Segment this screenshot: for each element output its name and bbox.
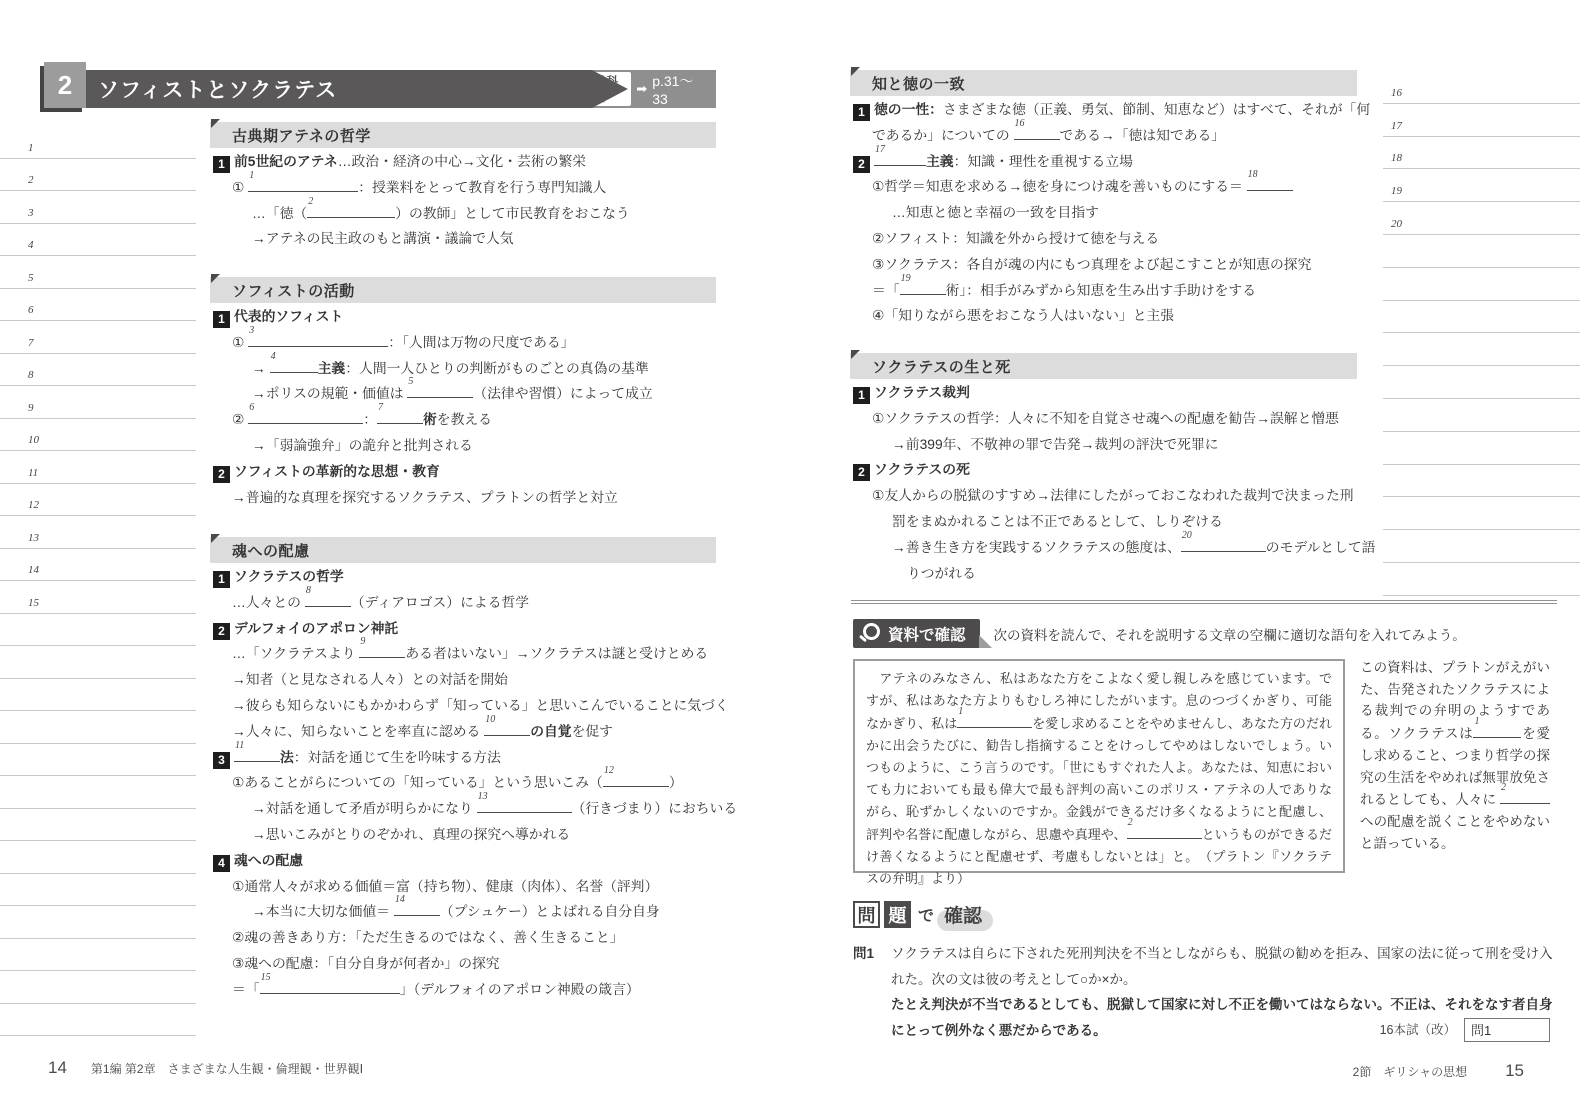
content-line: 1前5世紀のアテネ…政治・経済の中心→文化・芸術の繁栄: [210, 149, 716, 175]
answer-line: [1383, 235, 1580, 268]
question-line: れた。次の文は彼の考えとして○か×か。: [853, 967, 1550, 993]
block-marker: 3: [213, 752, 230, 769]
fill-in-blank-4: 4: [270, 357, 318, 373]
answer-line-number: 9: [28, 402, 34, 414]
answer-line: [1383, 301, 1580, 334]
content-line: 1ソクラテスの哲学: [210, 564, 716, 590]
content-line: →普遍的な真理を探究するソクラテス、プラトンの哲学と対立: [210, 485, 716, 511]
content-line: ③ソクラテス：各自が魂の内にもつ真理をよび起こすことが知恵の探究: [850, 252, 1357, 278]
lesson-number-badge: 2: [44, 62, 86, 108]
content-line: →「弱論強弁」の詭弁と批判される: [210, 433, 716, 459]
shiryo-badge: 資料で確認: [853, 619, 980, 648]
answer-line-number: 1: [28, 142, 34, 154]
section-title-bar: ソクラテスの生と死: [850, 353, 1357, 379]
answer-line-number: 5: [28, 272, 34, 284]
fill-in-blank-20: 20: [1181, 536, 1266, 552]
heading-connector: で: [918, 903, 934, 926]
lesson-title: ソフィストとソクラテス: [98, 74, 337, 104]
answer-line: [0, 614, 196, 647]
question-source: 16本試（改）: [1380, 1018, 1456, 1044]
section-sophist: ソフィストの活動1代表的ソフィスト① 3：「人間は万物の尺度である」→ 4主義：…: [210, 277, 716, 510]
answer-line: [1383, 366, 1580, 399]
answer-line: 18: [1383, 137, 1580, 170]
answer-box-label: 問1: [1471, 1018, 1491, 1044]
section-title-footer: 2節 ギリシャの思想: [1353, 1063, 1467, 1080]
textbook-label: 教科書: [592, 72, 631, 106]
content-line: 1ソクラテス裁判: [850, 380, 1357, 406]
answer-line: [0, 711, 196, 744]
answer-line: [0, 744, 196, 777]
answer-line: 5: [0, 256, 196, 289]
content-line: 1徳の一性：さまざまな徳（正義、勇気、節制、知恵など）はすべて、それが「何: [850, 97, 1357, 123]
answer-line: 13: [0, 516, 196, 549]
answer-line-number: 14: [28, 564, 39, 576]
chapter-title: 第1編 第2章 さまざまな人生観・倫理観・世界観Ⅰ: [91, 1060, 363, 1077]
answer-line: [0, 906, 196, 939]
fill-in-blank-6: 6: [248, 408, 363, 424]
content-line: ①友人からの脱獄のすすめ→法律にしたがっておこなわれた裁判で決まった刑: [850, 483, 1357, 509]
question-label: 問1: [853, 941, 874, 967]
content-line: ②ソフィスト：知識を外から授けて徳を与える: [850, 226, 1357, 252]
section-title: 古典期アテネの哲学: [232, 125, 371, 146]
content-line: ②魂の善きあり方：「ただ生きるのではなく、善く生きること」: [210, 925, 716, 951]
section-seitoshi: ソクラテスの生と死1ソクラテス裁判①ソクラテスの哲学：人々に不知を自覚させ魂への…: [850, 353, 1357, 586]
answer-line: 4: [0, 224, 196, 257]
answer-line: [0, 679, 196, 712]
source-quote-box: アテネのみなさん、私はあなた方をこよなく愛し親しみを感じています。ですが、私はあ…: [853, 659, 1345, 873]
fill-in-blank-19: 19: [900, 279, 946, 295]
answer-line: [0, 939, 196, 972]
fill-in-blank-2: 2: [1127, 823, 1202, 839]
answer-line-number: 6: [28, 304, 34, 316]
content-line: →人々に、知らないことを率直に認める 10の自覚を促す: [210, 719, 716, 745]
answer-line: 11: [0, 451, 196, 484]
answer-line: [1383, 333, 1580, 366]
answer-line: 7: [0, 321, 196, 354]
answer-line: 17: [1383, 104, 1580, 137]
answer-line-number: 11: [28, 467, 38, 479]
section-chitoku: 知と徳の一致1徳の一性：さまざまな徳（正義、勇気、節制、知恵など）はすべて、それ…: [850, 70, 1357, 329]
fill-in-blank-11: 11: [234, 746, 280, 762]
fill-in-blank-13: 13: [477, 797, 572, 813]
answer-line: 8: [0, 354, 196, 387]
answer-line: 19: [1383, 169, 1580, 202]
fill-in-blank-8: 8: [305, 591, 351, 607]
fill-in-blank-14: 14: [394, 900, 440, 916]
answer-line: [0, 874, 196, 907]
answer-line-number: 10: [28, 434, 39, 446]
question-text: ソクラテスは自らに下された死刑判決を不当としながらも、脱獄の勧めを拒み、国家の法…: [891, 946, 1553, 961]
answer-line-number: 7: [28, 337, 34, 349]
block-marker: 1: [853, 387, 870, 404]
fill-in-blank-16: 16: [1014, 124, 1060, 140]
bold-text: ソクラテスの哲学: [234, 569, 344, 584]
content-line: ② 6：7術を教える: [210, 407, 716, 433]
answer-line: [0, 646, 196, 679]
answer-box: 問1: [1464, 1018, 1550, 1042]
answer-line: [0, 841, 196, 874]
block-marker: 2: [853, 156, 870, 173]
side-note: この資料は、プラトンがえがいた、告発されたソクラテスによる裁判での弁明のようすで…: [1360, 657, 1550, 854]
block-marker: 1: [213, 156, 230, 173]
fill-in-blank-15: 15: [260, 978, 400, 994]
section-title: 知と徳の一致: [872, 73, 965, 94]
fill-in-blank-1: 1: [957, 712, 1032, 728]
block-marker: 1: [213, 311, 230, 328]
content-line: →彼らも知らないにもかかわらず「知っている」と思いこんでいることに気づく: [210, 693, 716, 719]
page-number-left: 14: [48, 1058, 67, 1078]
fill-in-blank-9: 9: [359, 642, 405, 658]
fill-in-blank-2: 2: [1500, 788, 1550, 804]
bold-text: 徳の一性：: [874, 102, 943, 117]
answer-line: 10: [0, 419, 196, 452]
question-1: 問1 ソクラテスは自らに下された死刑判決を不当としながらも、脱獄の勧めを拒み、国…: [853, 941, 1550, 1043]
answer-line: [1383, 530, 1580, 563]
fill-in-blank-12: 12: [603, 771, 669, 787]
content-line: →前399年、不敬神の罪で告発→裁判の評決で死罪に: [850, 432, 1357, 458]
shiryo-kakunin-header: 資料で確認 次の資料を読んで、それを説明する文章の空欄に適切な語句を入れてみよう…: [853, 619, 1466, 648]
question-statement-line: にとって例外なく悪だからである。 16本試（改） 問1: [853, 1018, 1550, 1044]
answer-line: [0, 776, 196, 809]
content-line: 2ソフィストの革新的な思想・教育: [210, 459, 716, 485]
content-line: ＝「15」（デルフォイのアポロン神殿の箴言）: [210, 977, 716, 1003]
content-line: …知恵と徳と幸福の一致を目指す: [850, 200, 1357, 226]
answer-line: 15: [0, 581, 196, 614]
content-line: 2デルフォイのアポロン神託: [210, 616, 716, 642]
answer-line-number: 20: [1391, 218, 1402, 230]
arrow-right-icon: ➡: [636, 81, 647, 97]
answer-line: [1383, 465, 1580, 498]
content-line: …「徳（2）の教師」として市民教育をおこなう: [210, 201, 716, 227]
answer-line: 16: [1383, 71, 1580, 104]
bold-text: 前5世紀のアテネ: [234, 154, 338, 169]
content-line: 311法：対話を通じて生を吟味する方法: [210, 745, 716, 771]
answer-line: [1383, 497, 1580, 530]
footer-right: 2節 ギリシャの思想 15: [1353, 1061, 1524, 1081]
question-line: 問1 ソクラテスは自らに下された死刑判決を不当としながらも、脱獄の勧めを拒み、国…: [853, 941, 1550, 967]
answer-line: [1383, 432, 1580, 465]
content-line: であるか」についての 16である→「徳は知である」: [850, 123, 1357, 149]
shiryo-instruction: 次の資料を読んで、それを説明する文章の空欄に適切な語句を入れてみよう。: [994, 624, 1466, 644]
content-line: ①ソクラテスの哲学：人々に不知を自覚させ魂への配慮を勧告→誤解と憎悪: [850, 406, 1357, 432]
content-line: ③魂への配慮：「自分自身が何者か」の探究: [210, 951, 716, 977]
answer-line: 1: [0, 126, 196, 159]
content-line: ① 3：「人間は万物の尺度である」: [210, 330, 716, 356]
answer-line: 12: [0, 484, 196, 517]
answer-line: 20: [1383, 202, 1580, 235]
content-line: → 4主義：人間一人ひとりの判断がものごとの真偽の基準: [210, 356, 716, 382]
heading-char-box-filled: 題: [884, 901, 911, 928]
magnifier-icon: [863, 623, 880, 640]
textbook-pages: p.31～33: [652, 71, 707, 107]
content-line: →対話を通して矛盾が明らかになり 13（行きづまり）におちいる: [210, 796, 716, 822]
answer-line: [0, 1004, 196, 1037]
answer-line-number: 16: [1391, 87, 1402, 99]
content-line: →思いこみがとりのぞかれ、真理の探究へ導かれる: [210, 822, 716, 848]
footer-left: 14 第1編 第2章 さまざまな人生観・倫理観・世界観Ⅰ: [48, 1058, 363, 1078]
answer-line-number: 12: [28, 499, 39, 511]
answer-line-number: 15: [28, 597, 39, 609]
answer-line: [0, 971, 196, 1004]
block-marker: 1: [213, 571, 230, 588]
content-line: 4魂への配慮: [210, 848, 716, 874]
bold-text: 魂への配慮: [234, 853, 303, 868]
bold-text: ソクラテスの死: [874, 462, 970, 477]
content-line: ①通常人々が求める価値＝富（持ち物）、健康（肉体）、名誉（評判）: [210, 874, 716, 900]
content-line: 罰をまぬかれることは不正であるとして、しりぞける: [850, 509, 1357, 535]
content-line: …人々との 8（ディアロゴス）による哲学: [210, 590, 716, 616]
fill-in-blank-7: 7: [377, 408, 423, 424]
answer-line-number: 4: [28, 239, 34, 251]
answer-line-number: 2: [28, 174, 34, 186]
block-marker: 4: [213, 855, 230, 872]
bold-text: デルフォイのアポロン神託: [234, 621, 398, 636]
section-title-bar: 古典期アテネの哲学: [210, 122, 716, 148]
fill-in-blank-5: 5: [407, 382, 473, 398]
fill-in-blank-3: 3: [248, 331, 388, 347]
content-line: 1代表的ソフィスト: [210, 304, 716, 330]
right-answer-margin: 1617181920: [1383, 71, 1580, 596]
answer-line: 9: [0, 386, 196, 419]
answer-line: [0, 809, 196, 842]
bold-text: の自覚: [530, 724, 571, 739]
section-title-bar: 魂への配慮: [210, 537, 716, 563]
answer-line-number: 3: [28, 207, 34, 219]
textbook-ref-ribbon: 教科書 ➡ p.31～33: [592, 70, 716, 108]
fill-in-blank-17: 17: [874, 150, 926, 166]
left-answer-margin: 123456789101112131415: [0, 126, 196, 1036]
section-divider: [851, 600, 1557, 604]
content-line: ＝「19術」：相手がみずから知恵を生み出す手助けをする: [850, 278, 1357, 304]
content-line: →ポリスの規範・価値は 5（法律や習慣）によって成立: [210, 381, 716, 407]
bold-text: 法: [280, 750, 294, 765]
content-line: ① 1：授業料をとって教育を行う専門知識人: [210, 175, 716, 201]
bold-text: ソクラテス裁判: [874, 385, 970, 400]
fill-in-blank-1: 1: [1473, 722, 1521, 738]
answer-line: [1383, 399, 1580, 432]
bold-text: 主義: [318, 361, 346, 376]
section-soul: 魂への配慮1ソクラテスの哲学…人々との 8（ディアロゴス）による哲学2デルフォイ…: [210, 537, 716, 1003]
fill-in-blank-18: 18: [1247, 175, 1293, 191]
bold-text: 術: [423, 412, 437, 427]
bold-text: 主義: [926, 154, 954, 169]
content-line: →善き生き方を実践するソクラテスの態度は、20のモデルとして語: [850, 535, 1357, 561]
content-line: りつがれる: [850, 561, 1357, 587]
fill-in-blank-10: 10: [484, 720, 530, 736]
lesson-header: 2 ソフィストとソクラテス 教科書 ➡ p.31～33: [40, 70, 716, 108]
content-line: →アテネの民主政のもと講演・議論で人気: [210, 226, 716, 252]
workbook-page: 123456789101112131415 1617181920 2 ソフィスト…: [0, 0, 1580, 1115]
section-athens: 古典期アテネの哲学1前5世紀のアテネ…政治・経済の中心→文化・芸術の繁栄① 1：…: [210, 122, 716, 252]
section-title-bar: ソフィストの活動: [210, 277, 716, 303]
content-line: ①哲学＝知恵を求める→徳を身につけ魂を善いものにする＝ 18: [850, 174, 1357, 200]
section-title: 魂への配慮: [232, 540, 310, 561]
answer-line: 6: [0, 289, 196, 322]
answer-line-number: 18: [1391, 152, 1402, 164]
fill-in-blank-1: 1: [248, 176, 358, 192]
shiryo-badge-label: 資料で確認: [888, 623, 966, 645]
content-line: 217主義：知識・理性を重視する立場: [850, 149, 1357, 175]
answer-line-number: 8: [28, 369, 34, 381]
content-line: …「ソクラテスより 9ある者はいない」→ソクラテスは謎と受けとめる: [210, 641, 716, 667]
answer-line: [1383, 268, 1580, 301]
block-marker: 1: [853, 104, 870, 121]
bold-text: ソフィストの革新的な思想・教育: [234, 464, 440, 479]
content-line: ④「知りながら悪をおこなう人はいない」と主張: [850, 303, 1357, 329]
answer-line-number: 19: [1391, 185, 1402, 197]
block-marker: 2: [853, 464, 870, 481]
mondai-kakunin-heading: 問 題 で 確認: [853, 901, 987, 928]
question-text: にとって例外なく悪だからである。: [891, 1018, 1107, 1044]
bold-text: 代表的ソフィスト: [234, 309, 343, 324]
answer-line: 2: [0, 159, 196, 192]
answer-line: 14: [0, 549, 196, 582]
section-title: ソクラテスの生と死: [872, 356, 1011, 377]
answer-line: 3: [0, 191, 196, 224]
fill-in-blank-2: 2: [307, 202, 395, 218]
heading-char-box-outline: 問: [853, 901, 880, 928]
content-line: →知者（と見なされる人々）との対話を開始: [210, 667, 716, 693]
answer-line-number: 17: [1391, 120, 1402, 132]
answer-line-number: 13: [28, 532, 39, 544]
block-marker: 2: [213, 623, 230, 640]
content-line: →本当に大切な価値＝ 14（プシュケー）とよばれる自分自身: [210, 899, 716, 925]
content-line: 2ソクラテスの死: [850, 457, 1357, 483]
block-marker: 2: [213, 466, 230, 483]
content-line: ①あることがらについての「知っている」という思いこみ（12）: [210, 770, 716, 796]
section-title-bar: 知と徳の一致: [850, 70, 1357, 96]
section-title: ソフィストの活動: [232, 280, 355, 301]
heading-highlighted-word: 確認: [939, 901, 987, 928]
answer-line: [1383, 563, 1580, 596]
question-statement-line: たとえ判決が不当であるとしても、脱獄して国家に対し不正を働いてはならない。不正は…: [853, 992, 1550, 1018]
page-number-right: 15: [1505, 1061, 1524, 1081]
